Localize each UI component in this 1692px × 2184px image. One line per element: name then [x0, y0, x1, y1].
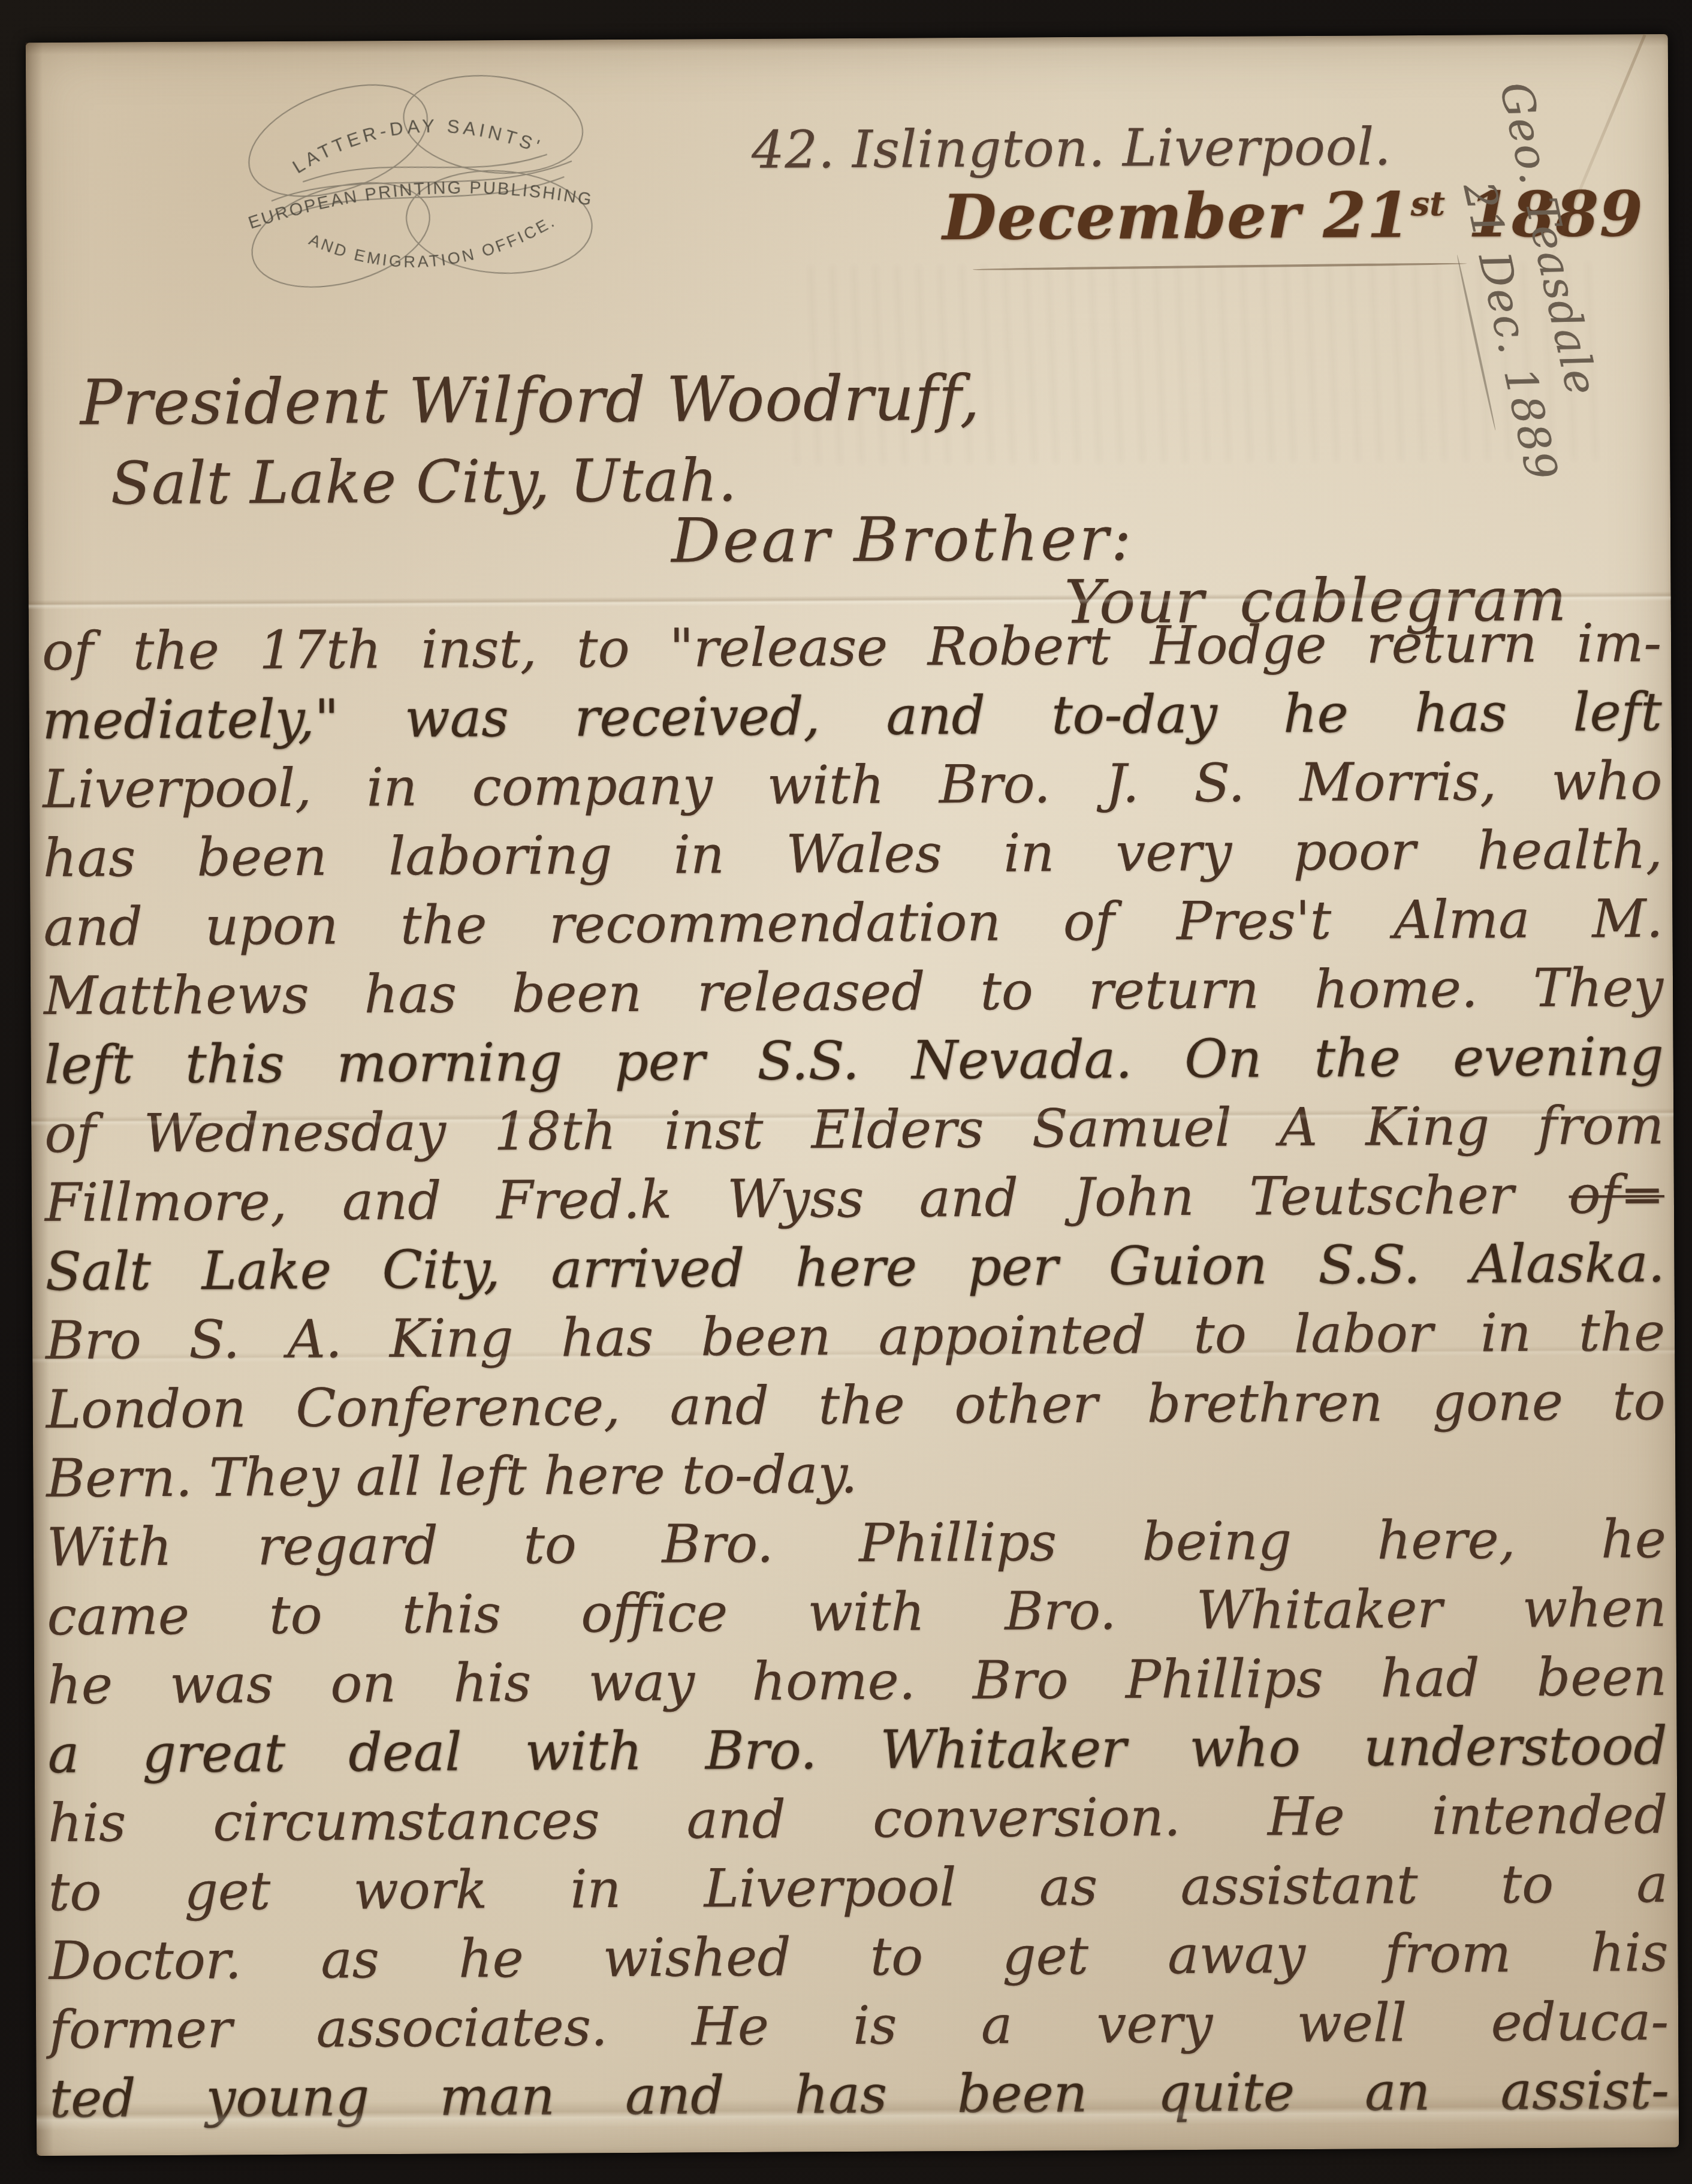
emblem-flourishes	[228, 47, 606, 310]
letter-line: ted young man and has been quite an assi…	[49, 2056, 1669, 2133]
letter-line: With regard to Bro. Phillips being here,…	[47, 1504, 1667, 1582]
letter-line: his circumstances and conversion. He int…	[48, 1780, 1668, 1857]
letter-line: London Conference, and the other brethre…	[46, 1366, 1666, 1444]
letter-date-day: December 21	[942, 178, 1411, 254]
scanned-letter-background: LATTER-DAY SAINTS' EUROPEAN PRINTING PUB…	[0, 0, 1692, 2184]
letter-line: Bro S. A. King has been appointed to lab…	[46, 1298, 1666, 1375]
letter-line: of the 17th inst, to "release Robert Hod…	[42, 608, 1662, 686]
sender-address: 42. Islington. Liverpool.	[751, 117, 1391, 180]
letter-date-ordinal: st	[1411, 184, 1446, 224]
letter-line: Matthews has been released to return hom…	[44, 953, 1664, 1030]
archival-margin-note: Geo. Teasdale 21 Dec. 1889	[1423, 77, 1627, 488]
date-underline-flourish	[973, 263, 1467, 271]
letter-line: Liverpool, in company with Bro. J. S. Mo…	[43, 746, 1663, 823]
letter-page: LATTER-DAY SAINTS' EUROPEAN PRINTING PUB…	[26, 34, 1679, 2156]
recipient-city: Salt Lake City, Utah.	[110, 447, 737, 518]
letter-line: came to this office with Bro. Whitaker w…	[47, 1573, 1667, 1651]
letter-line: to get work in Liverpool as assistant to…	[49, 1849, 1669, 1926]
letter-line: has been laboring in Wales in very poor …	[43, 815, 1663, 892]
letter-line: Bern. They all left here to-day.	[46, 1435, 1666, 1513]
struck-word: of=	[1569, 1163, 1664, 1226]
letter-body: of the 17th inst, to "release Robert Hod…	[42, 608, 1669, 2133]
letter-line: and upon the recommendation of Pres't Al…	[43, 884, 1663, 961]
letter-line: of Wednesday 18th inst Elders Samuel A K…	[44, 1091, 1664, 1168]
letter-line: Doctor. as he wished to get away from hi…	[49, 1918, 1669, 1995]
letter-line: former associates. He is a very well edu…	[49, 1987, 1669, 2064]
letterhead-emblem: LATTER-DAY SAINTS' EUROPEAN PRINTING PUB…	[203, 46, 631, 316]
letterhead-arc-bottom: AND EMIGRATION OFFICE.	[305, 208, 562, 282]
svg-text:AND EMIGRATION OFFICE.: AND EMIGRATION OFFICE.	[305, 208, 562, 282]
salutation: Dear Brother:	[671, 503, 1134, 577]
letter-line: a great deal with Bro. Whitaker who unde…	[47, 1711, 1667, 1788]
letter-line-text: Fillmore, and Fred.k Wyss and John Teuts…	[45, 1164, 1514, 1233]
letter-line: Fillmore, and Fred.k Wyss and John Teuts…	[45, 1160, 1665, 1237]
letter-line: Salt Lake City, arrived here per Guion S…	[45, 1229, 1665, 1306]
paper-top-edge-shadow	[26, 34, 1668, 55]
recipient-name: President Wilford Woodruff,	[80, 361, 981, 439]
letter-line: left this morning per S.S. Nevada. On th…	[44, 1022, 1664, 1099]
letter-line: mediately," was received, and to-day he …	[42, 677, 1662, 755]
letter-line: he was on his way home. Bro Phillips had…	[47, 1642, 1667, 1720]
